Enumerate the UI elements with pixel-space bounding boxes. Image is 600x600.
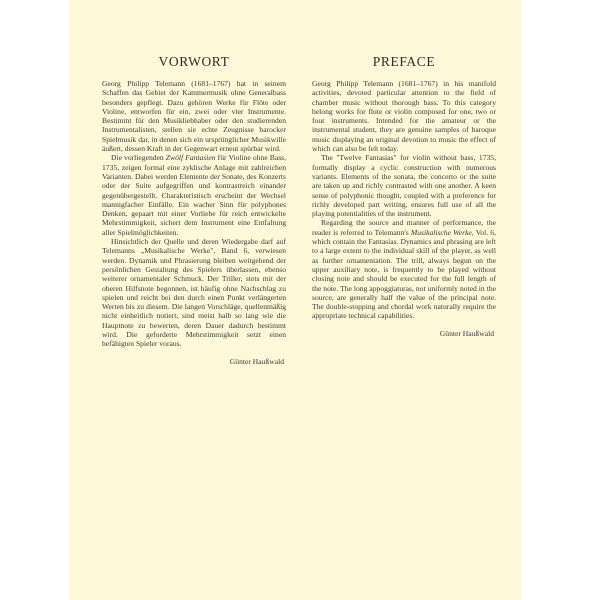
preface-paragraph: The "Twelve Fantasias" for violin withou… [312, 153, 496, 218]
vorwort-signature: Günter Haußwald [102, 357, 284, 366]
vorwort-heading: VORWORT [102, 54, 286, 70]
preface-body: Georg Philipp Telemann (1681–1767) in hi… [312, 79, 496, 321]
italic-title: Zwölf Fantasien [166, 153, 216, 162]
preface-paragraph: Georg Philipp Telemann (1681–1767) in hi… [312, 79, 496, 153]
preface-signature: Günter Haußwald [312, 329, 494, 338]
document-page: VORWORT Georg Philipp Telemann (1681–176… [69, 0, 521, 600]
vorwort-paragraph: Hinsichtlich der Quelle und deren Wieder… [102, 237, 286, 349]
vorwort-paragraph: Georg Philipp Telemann (1681–1767) hat i… [102, 79, 286, 153]
vorwort-paragraph: Die vorliegenden Zwölf Fantasien für Vio… [102, 153, 286, 237]
preface-paragraph: Regarding the source and manner of perfo… [312, 218, 496, 320]
italic-title: Musikalische Werke [411, 228, 472, 237]
preface-heading: PREFACE [312, 54, 496, 70]
vorwort-column: VORWORT Georg Philipp Telemann (1681–176… [102, 54, 286, 366]
preface-column: PREFACE Georg Philipp Telemann (1681–176… [312, 54, 496, 338]
vorwort-body: Georg Philipp Telemann (1681–1767) hat i… [102, 79, 286, 349]
